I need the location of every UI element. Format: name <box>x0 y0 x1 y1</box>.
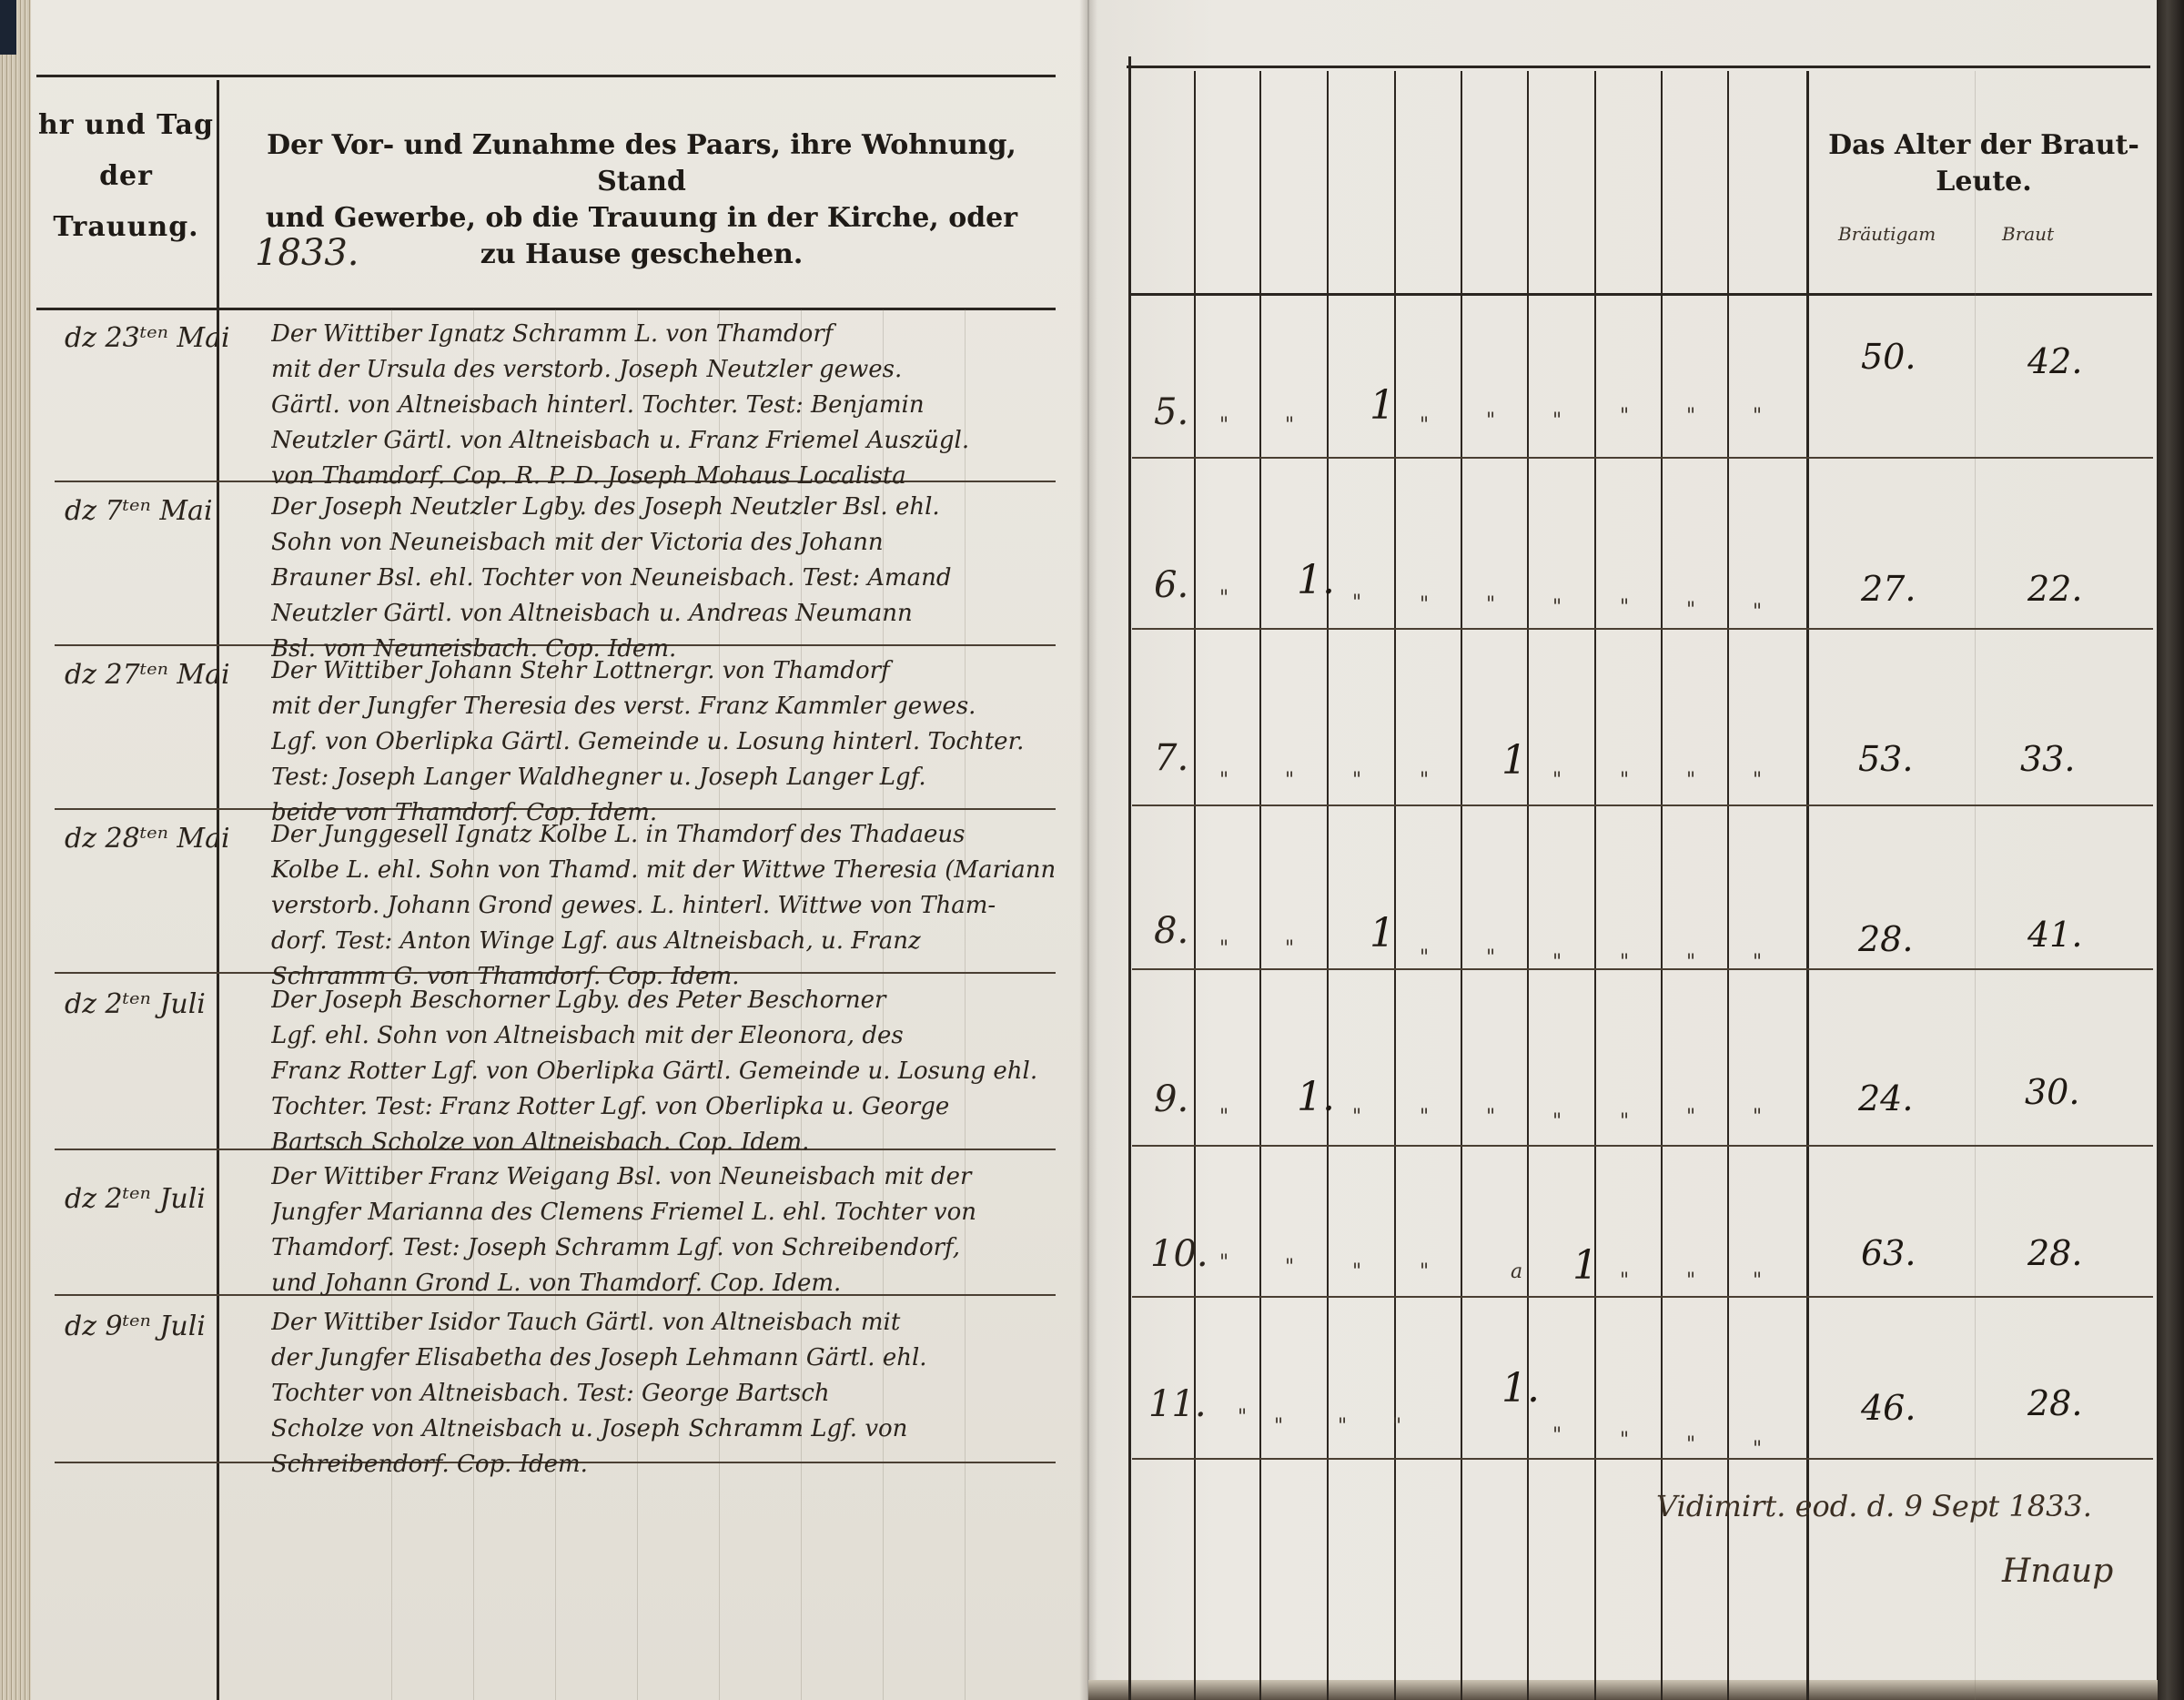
tally-mark: 1 <box>1370 382 1395 429</box>
tally-mark: " <box>1620 1110 1629 1133</box>
book-cover-corner <box>0 0 16 55</box>
table-left-border <box>1128 56 1131 1700</box>
entry-text: Der Junggesell Ignatz Kolbe L. in Thamdo… <box>271 817 1054 995</box>
groom-age: 53. <box>1858 739 1913 779</box>
tally-mark: 1 <box>1370 910 1395 956</box>
tally-mark: " <box>1420 946 1429 969</box>
column-rule <box>1527 71 1529 1700</box>
tally-mark: " <box>1552 769 1562 792</box>
tally-mark: " <box>1219 587 1228 610</box>
faint-rule <box>1975 71 1976 1700</box>
entry-date: dz 2ᵗᵉⁿ Juli <box>65 1183 247 1215</box>
col-header-widows-under-45: Dergleichen mit Wittwen unter 45. Jahr. <box>1330 71 1390 289</box>
book-gutter <box>1079 0 1097 1700</box>
signature: Hnaup <box>2002 1553 2113 1590</box>
col-header-bachelors-widows-over-45: Junggesellen mit Wittwen über 45. Jahr. <box>1398 71 1458 289</box>
marriage-entry: dz 2ᵗᵉⁿ Juli Der Joseph Beschorner Lgby.… <box>33 976 1052 1149</box>
column-rule <box>1594 71 1596 1700</box>
act-number: 11. <box>1148 1383 1207 1425</box>
header-top-rule <box>36 75 1056 77</box>
entry-line: Test: Joseph Langer Waldhegner u. Joseph… <box>271 760 1054 795</box>
groom-age-subheader: Bräutigam <box>1838 223 1936 245</box>
entry-line: Der Wittiber Ignatz Schramm L. von Thamd… <box>271 317 1054 352</box>
bride-age: 41. <box>2027 915 2082 955</box>
entry-line: Der Wittiber Johann Stehr Lottnergr. von… <box>271 653 1054 689</box>
entry-text: Der Joseph Beschorner Lgby. des Peter Be… <box>271 983 1054 1160</box>
tally-mark: " <box>1753 769 1762 792</box>
entry-date: dz 9ᵗᵉⁿ Juli <box>65 1310 247 1342</box>
header-line: Der Vor- und Zunahme des Paars, ihre Woh… <box>232 127 1051 200</box>
bride-age: 22. <box>2027 569 2082 609</box>
bride-age: 33. <box>2020 739 2075 779</box>
tally-mark: " <box>1352 1260 1361 1283</box>
entry-line: Gärtl. von Altneisbach hinterl. Tochter.… <box>271 388 1054 423</box>
tally-mark: 1. <box>1297 1074 1335 1120</box>
entry-line: Der Wittiber Isidor Tauch Gärtl. von Alt… <box>271 1305 1054 1341</box>
tally-mark: " <box>1352 769 1361 792</box>
column-rule <box>1727 71 1729 1700</box>
tally-mark: " <box>1552 951 1562 974</box>
entry-line: Lgf. von Oberlipka Gärtl. Gemeinde u. Lo… <box>271 724 1054 760</box>
entry-line: Franz Rotter Lgf. von Oberlipka Gärtl. G… <box>271 1054 1054 1089</box>
tally-mark: " <box>1686 1106 1695 1128</box>
entry-line: Der Joseph Neutzler Lgby. des Joseph Neu… <box>271 490 1054 525</box>
header-top-rule <box>1127 66 2150 68</box>
groom-age: 24. <box>1858 1078 1913 1118</box>
tally-mark: " <box>1420 1260 1429 1283</box>
tally-mark: " <box>1486 593 1495 616</box>
tally-mark: " <box>1285 769 1294 792</box>
tally-mark: " <box>1552 410 1562 432</box>
column-rule <box>1259 71 1261 1700</box>
entry-line: Sohn von Neuneisbach mit der Victoria de… <box>271 525 1054 561</box>
entry-line: verstorb. Johann Grond gewes. L. hinterl… <box>271 888 1054 924</box>
entry-text: Der Wittiber Johann Stehr Lottnergr. von… <box>271 653 1054 831</box>
act-number: 5. <box>1154 391 1188 433</box>
groom-age: 46. <box>1861 1388 1916 1428</box>
col-header-bachelors-maidens: Junggesellen mit Jungfern. <box>1263 71 1323 289</box>
tally-mark: " <box>1352 592 1361 614</box>
entry-line: Tochter. Test: Franz Rotter Lgf. von Obe… <box>271 1089 1054 1125</box>
tally-mark: " <box>1420 1106 1429 1128</box>
entry-line: Tochter von Altneisbach. Test: George Ba… <box>271 1376 1054 1412</box>
row-separator <box>1132 1296 2153 1298</box>
tally-mark: " <box>1420 593 1429 616</box>
tally-mark: " <box>1338 1415 1347 1438</box>
tally-mark: " <box>1620 1429 1629 1452</box>
tally-mark: " <box>1552 1424 1562 1447</box>
entry-line: Lgf. ehl. Sohn von Altneisbach mit der E… <box>271 1018 1054 1054</box>
groom-age: 27. <box>1861 569 1916 609</box>
marriage-entry: dz 7ᵗᵉⁿ Mai Der Joseph Neutzler Lgby. de… <box>33 482 1052 644</box>
act-number: 7. <box>1154 737 1188 779</box>
tally-mark: " <box>1620 405 1629 428</box>
tally-mark: " <box>1620 769 1629 792</box>
tally-mark: " <box>1420 769 1429 792</box>
entry-date: dz 7ᵗᵉⁿ Mai <box>65 495 247 527</box>
row-separator <box>1132 968 2153 970</box>
entry-line: Kolbe L. ehl. Sohn von Thamd. mit der Wi… <box>271 853 1054 888</box>
groom-age: 63. <box>1861 1233 1916 1273</box>
header-line: der <box>33 151 219 202</box>
entry-line: der Jungfer Elisabetha des Joseph Lehman… <box>271 1341 1054 1376</box>
tally-mark: " <box>1620 951 1629 974</box>
groom-age: 50. <box>1861 337 1916 377</box>
page-stack-edge <box>0 0 31 1700</box>
groom-age: 28. <box>1858 919 1913 959</box>
entry-line: Brauner Bsl. ehl. Tochter von Neuneisbac… <box>271 561 1054 596</box>
tally-mark: " <box>1420 414 1429 437</box>
entry-text: Der Wittiber Isidor Tauch Gärtl. von Alt… <box>271 1305 1054 1482</box>
col-header-divorced: Trauungen, wo eines von beyden abgeschie… <box>1731 71 1804 289</box>
col-header-widowers-under-60: Wittwer unter 60. mit Jungfern. <box>1464 71 1524 289</box>
bride-age: 28. <box>2027 1383 2082 1423</box>
column-rule <box>1461 71 1462 1700</box>
act-number: 10. <box>1150 1233 1208 1275</box>
bride-age: 42. <box>2027 341 2082 381</box>
tally-mark: " <box>1552 596 1562 619</box>
entry-line: mit der Ursula des verstorb. Joseph Neut… <box>271 352 1054 388</box>
tally-mark: " <box>1686 405 1695 428</box>
tally-mark: " <box>1285 937 1294 960</box>
marriage-entry: dz 9ᵗᵉⁿ Juli Der Wittiber Isidor Tauch G… <box>33 1298 1052 1462</box>
entry-line: Neutzler Gärtl. von Altneisbach u. Franz… <box>271 423 1054 459</box>
entry-line: Der Junggesell Ignatz Kolbe L. in Thamdo… <box>271 817 1054 853</box>
tally-mark: 1. <box>1501 1365 1540 1412</box>
tally-mark: " <box>1238 1406 1247 1429</box>
tally-mark: " <box>1753 1270 1762 1292</box>
tally-mark: " <box>1753 601 1762 623</box>
header-bottom-rule <box>1128 293 2152 296</box>
col-header-widowers-widows-over: Wittwer mit Wittwen, wo erster über 60. … <box>1664 71 1724 289</box>
tally-mark: " <box>1620 596 1629 619</box>
column-rule <box>1394 71 1396 1700</box>
col-header-act-number: Num. des Act. <box>1132 71 1192 289</box>
row-separator <box>1132 1458 2153 1460</box>
entry-line: mit der Jungfer Theresia des verst. Fran… <box>271 689 1054 724</box>
tally-mark: " <box>1219 414 1228 437</box>
header-line: hr und Tag <box>33 100 219 151</box>
tally-mark: 1. <box>1297 557 1335 603</box>
bride-age: 30. <box>2025 1072 2079 1112</box>
marriage-entry: dz 2ᵗᵉⁿ Juli Der Wittiber Franz Weigang … <box>33 1152 1052 1294</box>
tally-mark: " <box>1686 1433 1695 1456</box>
date-column-header: hr und Tag der Trauung. <box>33 100 219 253</box>
tally-mark: " <box>1686 951 1695 974</box>
open-register-book: hr und Tag der Trauung. Der Vor- und Zun… <box>0 0 2184 1700</box>
tally-mark: 1 <box>1572 1242 1598 1289</box>
marriage-entry: dz 23ᵗᵉⁿ Mai Der Wittiber Ignatz Schramm… <box>33 309 1052 481</box>
entry-date: dz 2ᵗᵉⁿ Juli <box>65 988 247 1020</box>
tally-mark: a <box>1511 1260 1522 1283</box>
tally-mark: " <box>1352 1106 1361 1128</box>
row-separator <box>1132 804 2153 806</box>
column-rule <box>1194 71 1196 1700</box>
tally-mark: " <box>1753 1438 1762 1461</box>
entry-line: Jungfer Marianna des Clemens Friemel L. … <box>271 1195 1054 1230</box>
row-separator <box>1132 1145 2153 1147</box>
entry-date: dz 28ᵗᵉⁿ Mai <box>65 823 247 855</box>
tally-mark: " <box>1686 1270 1695 1292</box>
marriage-entry: dz 27ᵗᵉⁿ Mai Der Wittiber Johann Stehr L… <box>33 646 1052 808</box>
visitation-note: Vidimirt. eod. d. 9 Sept 1833. <box>1656 1489 2092 1523</box>
tally-mark: " <box>1753 1106 1762 1128</box>
entry-line: Der Joseph Beschorner Lgby. des Peter Be… <box>271 983 1054 1018</box>
entry-text: Der Joseph Neutzler Lgby. des Joseph Neu… <box>271 490 1054 667</box>
age-column-divider <box>1806 71 1809 1700</box>
marriage-entry: dz 28ᵗᵉⁿ Mai Der Junggesell Ignatz Kolbe… <box>33 810 1052 972</box>
tally-mark: " <box>1486 410 1495 432</box>
act-number: 6. <box>1154 564 1188 606</box>
entry-line: und Johann Grond L. von Thamdorf. Cop. I… <box>271 1266 1054 1301</box>
entry-date: dz 23ᵗᵉⁿ Mai <box>65 322 247 354</box>
entry-line: Thamdorf. Test: Joseph Schramm Lgf. von … <box>271 1230 1054 1266</box>
tally-mark: " <box>1486 946 1495 969</box>
tally-mark: " <box>1552 1110 1562 1133</box>
bride-age: 28. <box>2027 1233 2082 1273</box>
tally-mark: " <box>1219 937 1228 960</box>
column-rule <box>1661 71 1663 1700</box>
entry-text: Der Wittiber Ignatz Schramm L. von Thamd… <box>271 317 1054 494</box>
entry-line: Der Wittiber Franz Weigang Bsl. von Neun… <box>271 1159 1054 1195</box>
entry-date: dz 27ᵗᵉⁿ Mai <box>65 659 247 691</box>
tally-mark: " <box>1219 1106 1228 1128</box>
tally-mark: " <box>1392 1415 1401 1438</box>
tally-mark: " <box>1219 1251 1228 1274</box>
col-header-widowers-widows-under-45: Wittwer unter 60. mit Wittwen unter 45. <box>1598 71 1658 289</box>
tally-mark: " <box>1753 951 1762 974</box>
tally-mark: " <box>1285 1256 1294 1279</box>
tally-mark: " <box>1219 769 1228 792</box>
tally-mark: " <box>1274 1415 1283 1438</box>
tally-mark: " <box>1486 1106 1495 1128</box>
entry-line: dorf. Test: Anton Winge Lgf. aus Altneis… <box>271 924 1054 959</box>
page-bottom-edge <box>1088 1680 2158 1700</box>
row-separator <box>1132 628 2153 630</box>
col-header-military: Zum Militair-Stande gehörig. <box>1198 71 1258 289</box>
col-header-over-60-maidens: Wittwer oder Junggesellen über 60. mit J… <box>1531 71 1591 289</box>
tally-mark: " <box>1620 1270 1629 1292</box>
header-line: Trauung. <box>33 202 219 253</box>
column-rule <box>1327 71 1329 1700</box>
tally-mark: " <box>1686 769 1695 792</box>
tally-mark: " <box>1285 414 1294 437</box>
header-line: und Gewerbe, ob die Trauung in der Kirch… <box>232 200 1051 237</box>
tally-mark: " <box>1753 405 1762 428</box>
act-number: 8. <box>1154 910 1188 952</box>
age-column-header: Das Alter der Braut-Leute. <box>1811 127 2157 200</box>
handwritten-year: 1833. <box>255 232 359 274</box>
row-separator <box>1132 457 2153 459</box>
tally-mark: 1 <box>1501 737 1527 784</box>
bride-age-subheader: Braut <box>2002 223 2054 245</box>
book-cover-edge <box>2157 0 2184 1700</box>
entry-text: Der Wittiber Franz Weigang Bsl. von Neun… <box>271 1159 1054 1301</box>
entry-line: Schreibendorf. Cop. Idem. <box>271 1447 1054 1482</box>
entry-line: Neutzler Gärtl. von Altneisbach u. Andre… <box>271 596 1054 632</box>
act-number: 9. <box>1154 1078 1188 1120</box>
tally-mark: " <box>1686 599 1695 622</box>
entry-line: Scholze von Altneisbach u. Joseph Schram… <box>271 1412 1054 1447</box>
